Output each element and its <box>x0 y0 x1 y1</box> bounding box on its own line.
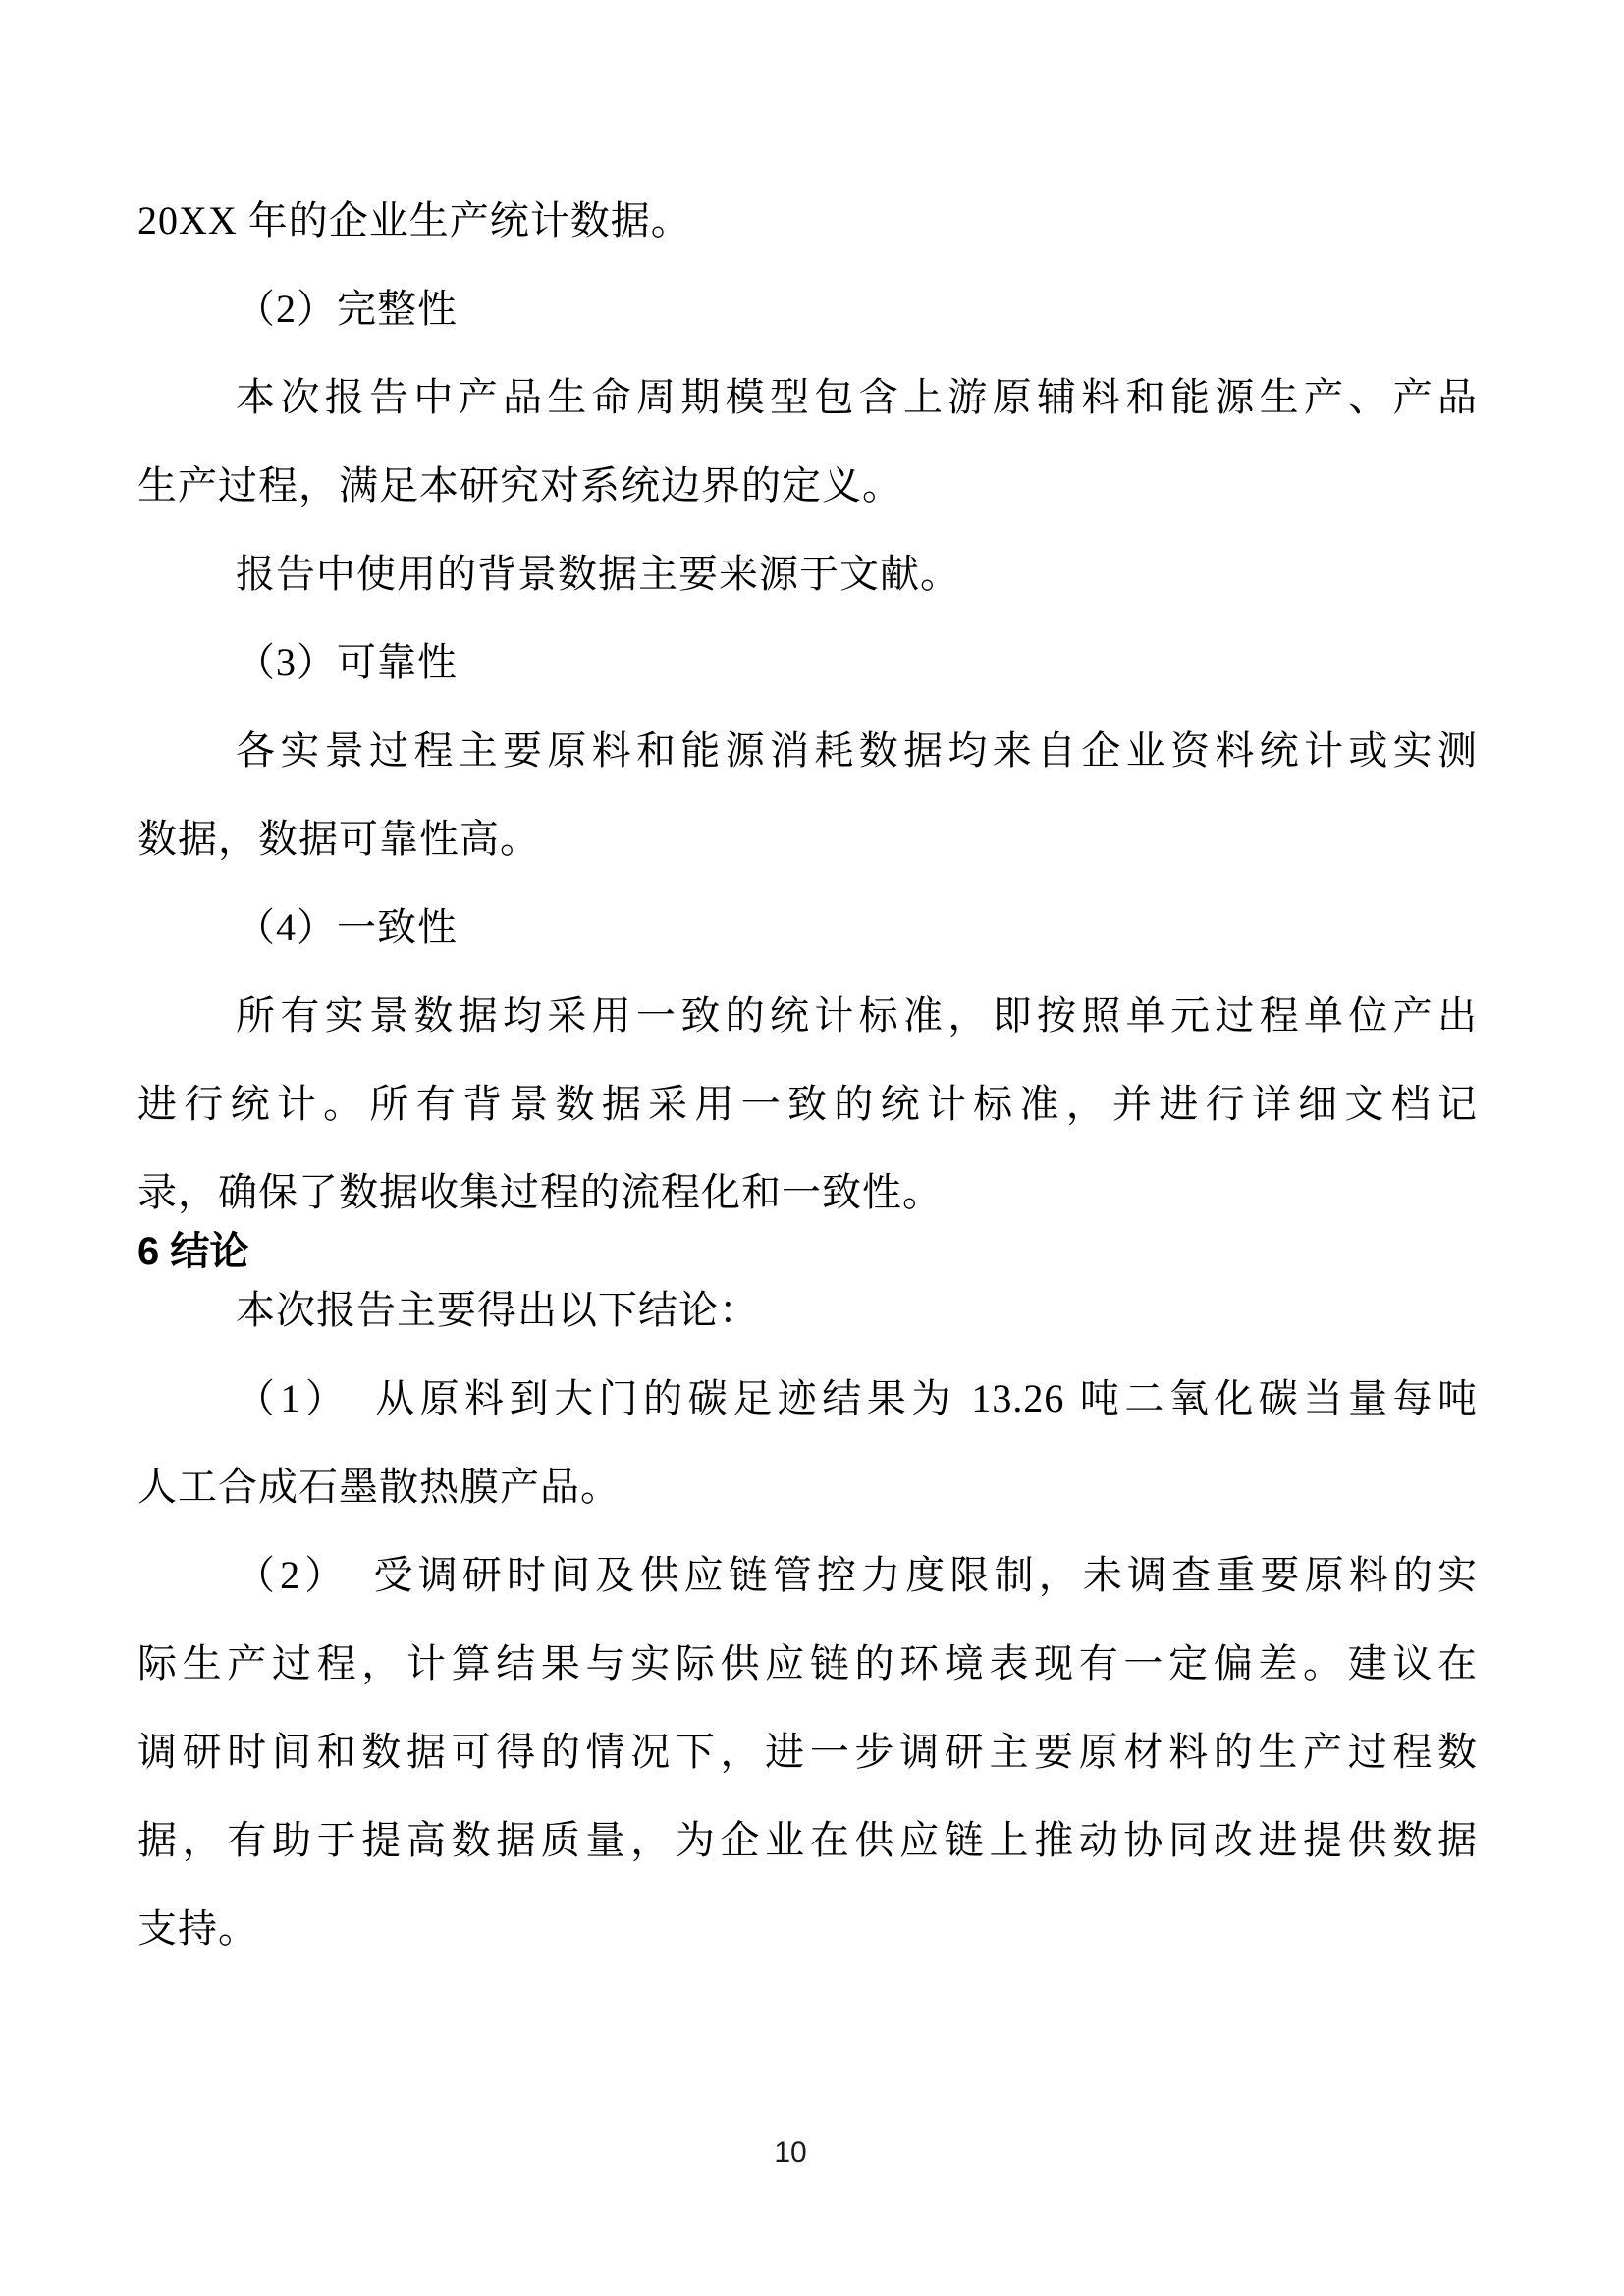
text-line: 数据，数据可靠性高。 <box>137 795 1478 883</box>
list-item-consistency: （4）一致性 <box>137 883 1478 972</box>
list-item-reliability: （3）可靠性 <box>137 618 1478 707</box>
text-line: 支持。 <box>137 1885 1478 1973</box>
text-line: 录，确保了数据收集过程的流程化和一致性。 <box>137 1148 1478 1237</box>
document-page: 20XX 年的企业生产统计数据。 （2）完整性 本次报告中产品生命周期模型包含上… <box>0 0 1624 2296</box>
text-line: 各实景过程主要原料和能源消耗数据均来自企业资料统计或实测 <box>137 707 1478 795</box>
text-line: 际生产过程，计算结果与实际供应链的环境表现有一定偏差。建议在 <box>137 1620 1478 1708</box>
text-line: 人工合成石墨散热膜产品。 <box>137 1443 1478 1531</box>
page-number: 10 <box>0 2136 1581 2169</box>
text-line: 调研时间和数据可得的情况下，进一步调研主要原材料的生产过程数 <box>137 1708 1478 1796</box>
text-line: 报告中使用的背景数据主要来源于文献。 <box>137 530 1478 618</box>
text-line: 进行统计。所有背景数据采用一致的统计标准，并进行详细文档记 <box>137 1060 1478 1148</box>
page-body: 20XX 年的企业生产统计数据。 （2）完整性 本次报告中产品生命周期模型包含上… <box>137 177 1478 1973</box>
text-line: 本次报告中产品生命周期模型包含上游原辅料和能源生产、产品 <box>137 353 1478 442</box>
text-line: 20XX 年的企业生产统计数据。 <box>137 177 1478 265</box>
conclusion-item-2: （2） 受调研时间及供应链管控力度限制，未调查重要原料的实 <box>137 1531 1478 1620</box>
text-line: 所有实景数据均采用一致的统计标准，即按照单元过程单位产出 <box>137 972 1478 1060</box>
text-line: 本次报告主要得出以下结论： <box>137 1266 1478 1355</box>
conclusion-item-1: （1） 从原料到大门的碳足迹结果为 13.26 吨二氧化碳当量每吨 <box>137 1355 1478 1443</box>
text-line: 据，有助于提高数据质量，为企业在供应链上推动协同改进提供数据 <box>137 1796 1478 1885</box>
text-line: 生产过程，满足本研究对系统边界的定义。 <box>137 442 1478 530</box>
list-item-completeness: （2）完整性 <box>137 265 1478 353</box>
section-heading-conclusion: 6 结论 <box>137 1237 1478 1266</box>
